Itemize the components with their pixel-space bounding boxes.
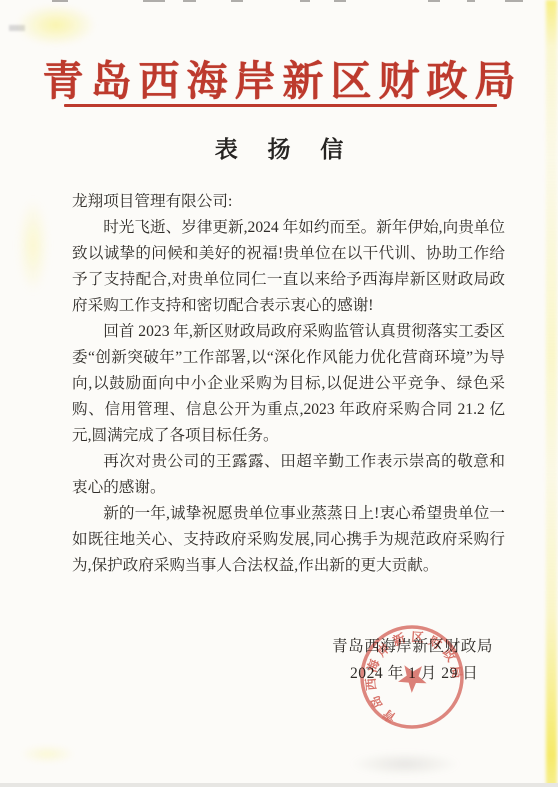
scan-edge-band — [0, 783, 558, 787]
letter-body: 龙翔项目管理有限公司: 时光飞逝、岁律更新,2024 年如约而至。新年伊始,向贵… — [72, 189, 505, 579]
letterhead-rule — [64, 104, 497, 107]
scan-stain — [16, 4, 96, 46]
salutation: 龙翔项目管理有限公司: — [72, 189, 505, 215]
scan-edge-mark — [52, 0, 68, 2]
letterhead-title: 青岛西海岸新区财政局 — [0, 48, 558, 107]
scan-edge-mark — [505, 0, 523, 2]
official-seal: 青岛西海岸新区财政局 — [357, 622, 467, 732]
scan-edge-mark — [428, 0, 440, 2]
scan-stain — [18, 198, 48, 293]
star-icon — [392, 657, 431, 695]
scan-edge-mark — [143, 0, 165, 2]
scan-edge-mark — [467, 0, 475, 2]
svg-text:区: 区 — [411, 629, 425, 645]
scanned-letter-page: 青岛西海岸新区财政局 表 扬 信 龙翔项目管理有限公司: 时光飞逝、岁律更新,2… — [0, 0, 558, 787]
scan-edge-mark — [183, 0, 196, 2]
svg-text:岛: 岛 — [367, 693, 386, 712]
scan-edge-mark — [334, 0, 346, 2]
svg-text:西: 西 — [363, 677, 379, 691]
scan-edge-mark — [300, 0, 310, 2]
document-title: 表 扬 信 — [0, 131, 558, 164]
paragraph-4: 新的一年,诚挚祝愿贵单位事业蒸蒸日上!衷心希望贵单位一如既往地关心、支持政府采购… — [72, 501, 505, 579]
paragraph-3: 再次对贵公司的王露露、田超辛勤工作表示崇高的敬意和衷心的感谢。 — [72, 449, 505, 501]
paragraph-1: 时光飞逝、岁律更新,2024 年如约而至。新年伊始,向贵单位致以诚挚的问候和美好… — [72, 215, 505, 319]
scan-smudge — [350, 752, 460, 776]
paragraph-2: 回首 2023 年,新区财政局政府采购监管认真贯彻落实工委区委“创新突破年”工作… — [72, 319, 505, 449]
scan-stain — [20, 745, 75, 763]
scan-edge-mark — [231, 0, 243, 2]
scan-stain-right-edge — [546, 0, 557, 787]
svg-text:政: 政 — [439, 645, 459, 665]
svg-text:新: 新 — [390, 630, 407, 649]
